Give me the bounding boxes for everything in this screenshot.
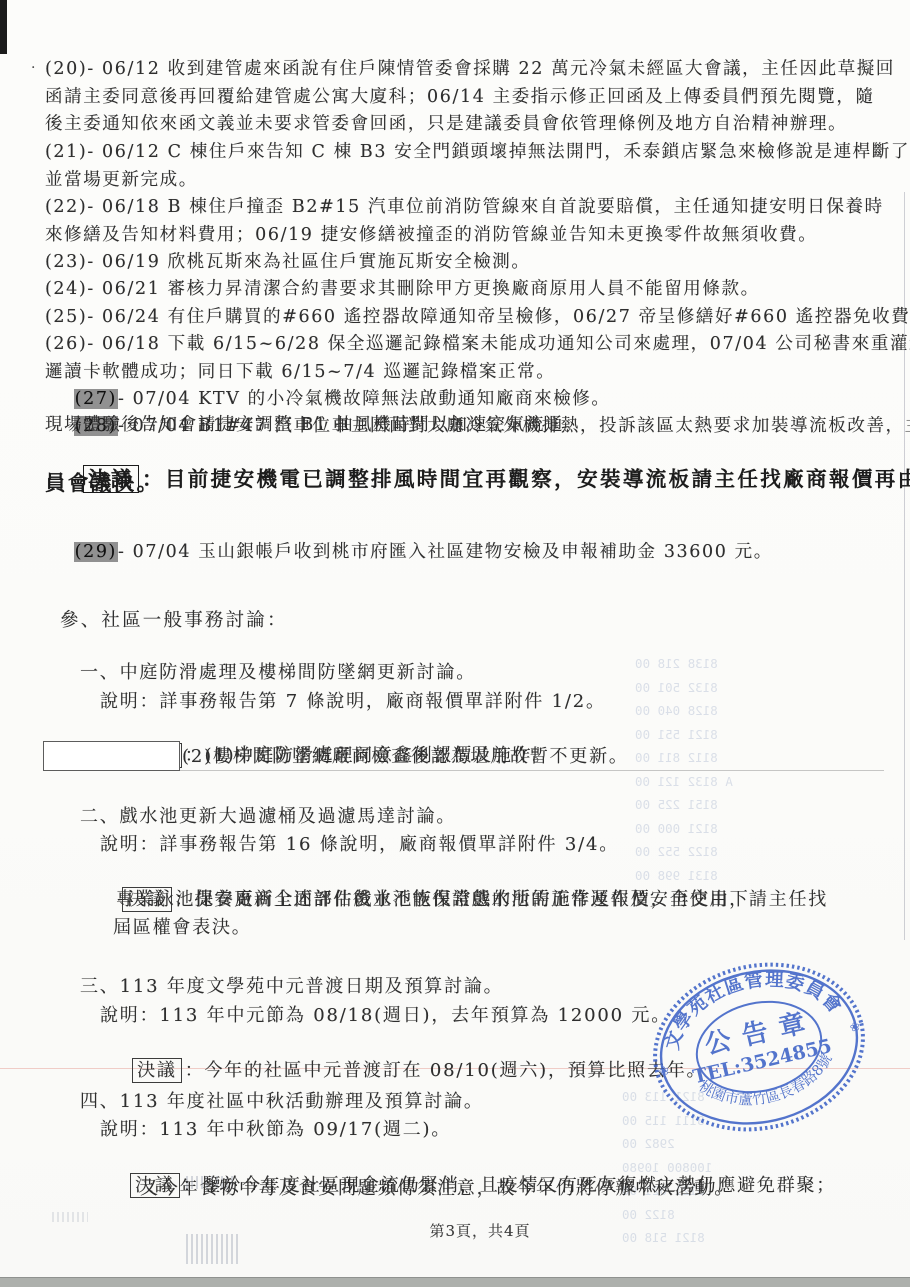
scan-edge-artifact-bottom <box>0 1277 910 1287</box>
report-item-22: (22)- 06/18 B 棟住戶撞歪 B2#15 汽車位前消防管線來自首說要賠… <box>45 194 884 249</box>
topic-3-title: 三、113 年度文學苑中元普渡日期及預算討論。 <box>80 973 503 1001</box>
section-3-heading: 參、社區一般事務討論： <box>60 607 288 635</box>
report-item-23: (23)- 06/19 欣桃瓦斯來為社區住戶實施瓦斯安全檢測。 <box>45 249 531 277</box>
report-item-21: (21)- 06/12 C 棟住戶來告知 C 棟 B3 安全門鎖頭壞掉無法開門，… <box>45 139 910 194</box>
topic-1-resolution-2: (2)樓梯間防墜網廠商檢查後認為堪用故暫不更新。 <box>182 743 629 771</box>
topic-3-explain: 說明：113 年中元節為 08/18(週日)，去年預算為 12000 元。 <box>100 1002 671 1030</box>
topic-2-title: 二、戲水池更新大過濾桶及過濾馬達討論。 <box>80 803 456 831</box>
resolution-label-box: 決議 <box>132 1058 182 1083</box>
bleedthrough-numbers-middle: 8138 218 00 8132 501 00 8128 040 00 8121… <box>635 652 810 887</box>
bleedthrough-stripes-left <box>52 1212 88 1222</box>
report-item-20: (20)- 06/12 收到建管處來函說有住戶陳情管委會採購 22 萬元冷氣未經… <box>45 56 895 139</box>
topic-4-resolution-2: 又今年食物中毒及食安問題頻傳須注意，故今年仍將停辦中秋活動。 <box>140 1175 734 1203</box>
topic-2-explain: 說明：詳事務報告第 16 條說明，廠商報價單詳附件 3/4。 <box>100 831 619 859</box>
blank-redaction-box <box>43 741 180 771</box>
stamp-svg: 文學苑社區管理委員會 桃園市蘆竹區長春路8號 公告章 TEL:3524855 ❀… <box>631 937 886 1156</box>
item-29-text: - 07/04 玉山銀帳戶收到桃市府匯入社區建物安檢及申報補助金 33600 元… <box>118 542 773 562</box>
topic-2-resolution-2: 專業泳池保養廠商全面評估戲水池恢復常態的所需施作及報價，再交由下 <box>116 886 750 914</box>
report-item-24: (24)- 06/21 審核力昇清潔合約書要求其刪除甲方更換廠商原用人員不能留用… <box>45 276 760 304</box>
topic-1-title: 一、中庭防滑處理及樓梯間防墜網更新討論。 <box>80 659 476 687</box>
page-number-footer: 第3頁，共4頁 <box>405 1218 555 1246</box>
topic-3-resolution-1-text: ：今年的社區中元普渡訂在 08/10(週六)，預算比照去年。 <box>185 1060 707 1081</box>
topic-4-explain: 說明：113 年中秋節為 09/17(週二)。 <box>100 1116 451 1144</box>
resolution-item-28-line2: 員會議決。 <box>45 470 160 498</box>
committee-announcement-stamp: 文學苑社區管理委員會 桃園市蘆竹區長春路8號 公告章 TEL:3524855 ❀… <box>631 937 886 1156</box>
topic-4-title: 四、113 年度社區中秋活動辦理及預算討論。 <box>80 1088 484 1116</box>
report-item-25: (25)- 06/24 有住戶購買的#660 遙控器故障通知帝呈檢修，06/27… <box>45 304 910 332</box>
stray-dot-mark: · <box>31 60 35 76</box>
topic-1-explain: 說明：詳事務報告第 7 條說明，廠商報價單詳附件 1/2。 <box>100 688 606 716</box>
scan-edge-artifact-top-left <box>0 0 7 54</box>
report-item-29: (29)- 07/04 玉山銀帳戶收到桃市府匯入社區建物安檢及申報補助金 336… <box>45 511 773 594</box>
scanned-meeting-minutes-page: 8138 218 00 8132 501 00 8128 040 00 8121… <box>0 0 910 1287</box>
resolution-28-text: ：目前捷安機電已調整排風時間宜再觀察，安裝導流板請主任找廠商報價再由委 <box>142 467 910 491</box>
stamp-flower-icon: ❀ <box>657 1063 670 1079</box>
bleedthrough-stripes-large <box>186 1234 238 1264</box>
resolution-item-28-line1: 決議：目前捷安機電已調整排風時間宜再觀察，安裝導流板請主任找廠商報價再由委 <box>45 437 910 521</box>
item-29-number-highlight: (29) <box>74 542 118 562</box>
topic-2-resolution-3: 屆區權會表決。 <box>113 914 252 942</box>
report-item-28-cont: 現場體驗後告知會請捷安調整 B1 抽風機時間以加速空氣流通。 <box>45 412 583 440</box>
